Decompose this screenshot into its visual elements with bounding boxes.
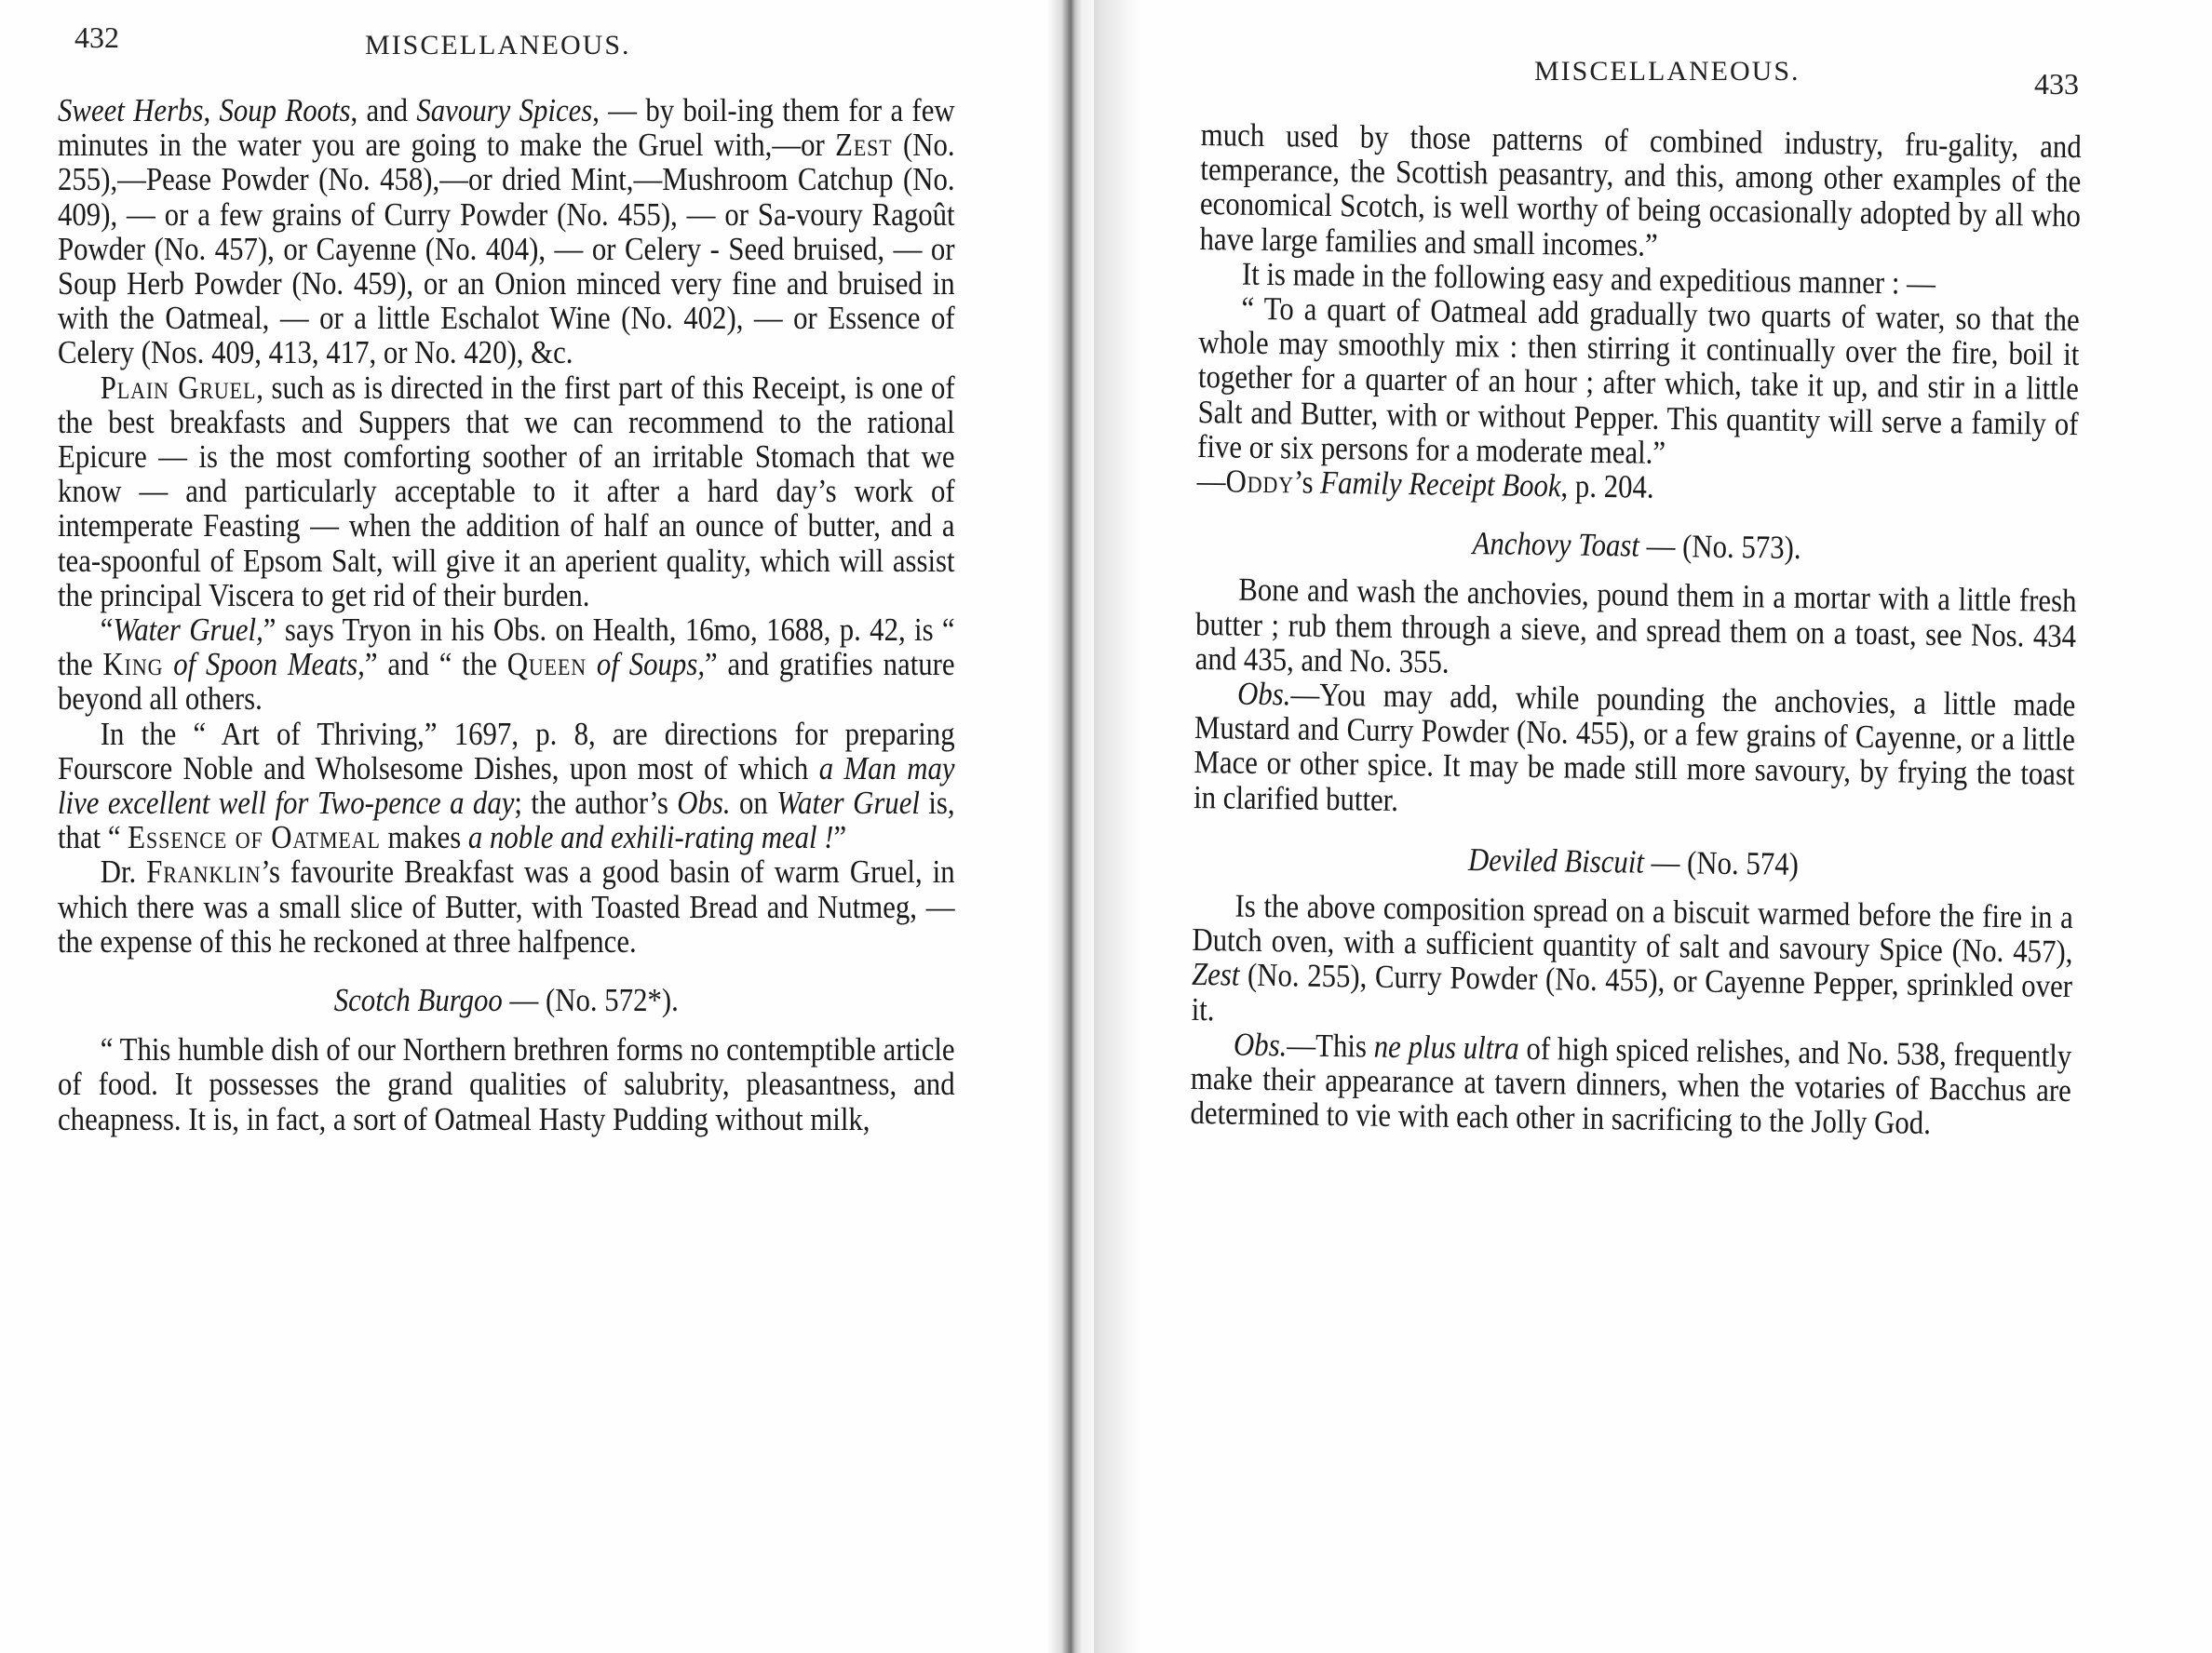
- paragraph: Sweet Herbs, Soup Roots, and Savoury Spi…: [58, 93, 955, 370]
- recipe-heading: Scotch Burgoo — (No. 572*).: [58, 983, 955, 1017]
- book-spread: 432 MISCELLANEOUS. Sweet Herbs, Soup Roo…: [0, 0, 2212, 1653]
- recipe-number: — (No. 573).: [1639, 528, 1801, 566]
- recipe-number: — (No. 572*).: [503, 982, 679, 1018]
- page-number: 433: [2034, 67, 2079, 101]
- citation-author: Oddy: [1225, 463, 1294, 500]
- left-page: 432 MISCELLANEOUS. Sweet Herbs, Soup Roo…: [0, 0, 1061, 1653]
- running-head: MISCELLANEOUS.: [365, 30, 631, 61]
- recipe-number: — (No. 574): [1644, 844, 1799, 882]
- page-number: 432: [74, 20, 119, 55]
- recipe-heading: Anchovy Toast — (No. 573).: [1196, 522, 2077, 569]
- obs-paragraph: Obs.—You may add, while pounding the anc…: [1194, 676, 2076, 826]
- paragraph: Is the above composition spread on a bis…: [1191, 888, 2073, 1039]
- recipe-title: Scotch Burgoo: [334, 982, 503, 1018]
- recipe-title: Anchovy Toast: [1472, 525, 1639, 563]
- citation-book: Family Receipt Book: [1320, 464, 1561, 504]
- paragraph: Bone and wash the anchovies, pound them …: [1195, 571, 2077, 688]
- paragraph: Dr. Franklin’s favourite Breakfast was a…: [58, 854, 955, 959]
- paragraph: much used by those patterns of combined …: [1199, 117, 2082, 268]
- quote-paragraph: “ To a quart of Oatmeal add gradually tw…: [1197, 290, 2080, 476]
- paragraph: “Water Gruel,” says Tryon in his Obs. on…: [58, 612, 955, 717]
- paragraph: In the “ Art of Thriving,” 1697, p. 8, a…: [58, 717, 955, 855]
- running-head: MISCELLANEOUS.: [1534, 56, 1801, 87]
- left-text-block: Sweet Herbs, Soup Roots, and Savoury Spi…: [58, 93, 955, 1136]
- recipe-heading: Deviled Biscuit — (No. 574): [1193, 839, 2073, 885]
- recipe-title: Deviled Biscuit: [1468, 841, 1644, 880]
- right-text-block: much used by those patterns of combined …: [1190, 117, 2082, 1143]
- paragraph: “ This humble dish of our Northern breth…: [58, 1032, 955, 1136]
- paragraph: Plain Gruel, such as is directed in the …: [58, 370, 955, 612]
- obs-paragraph: Obs.—This ne plus ultra of high spiced r…: [1190, 1027, 2071, 1143]
